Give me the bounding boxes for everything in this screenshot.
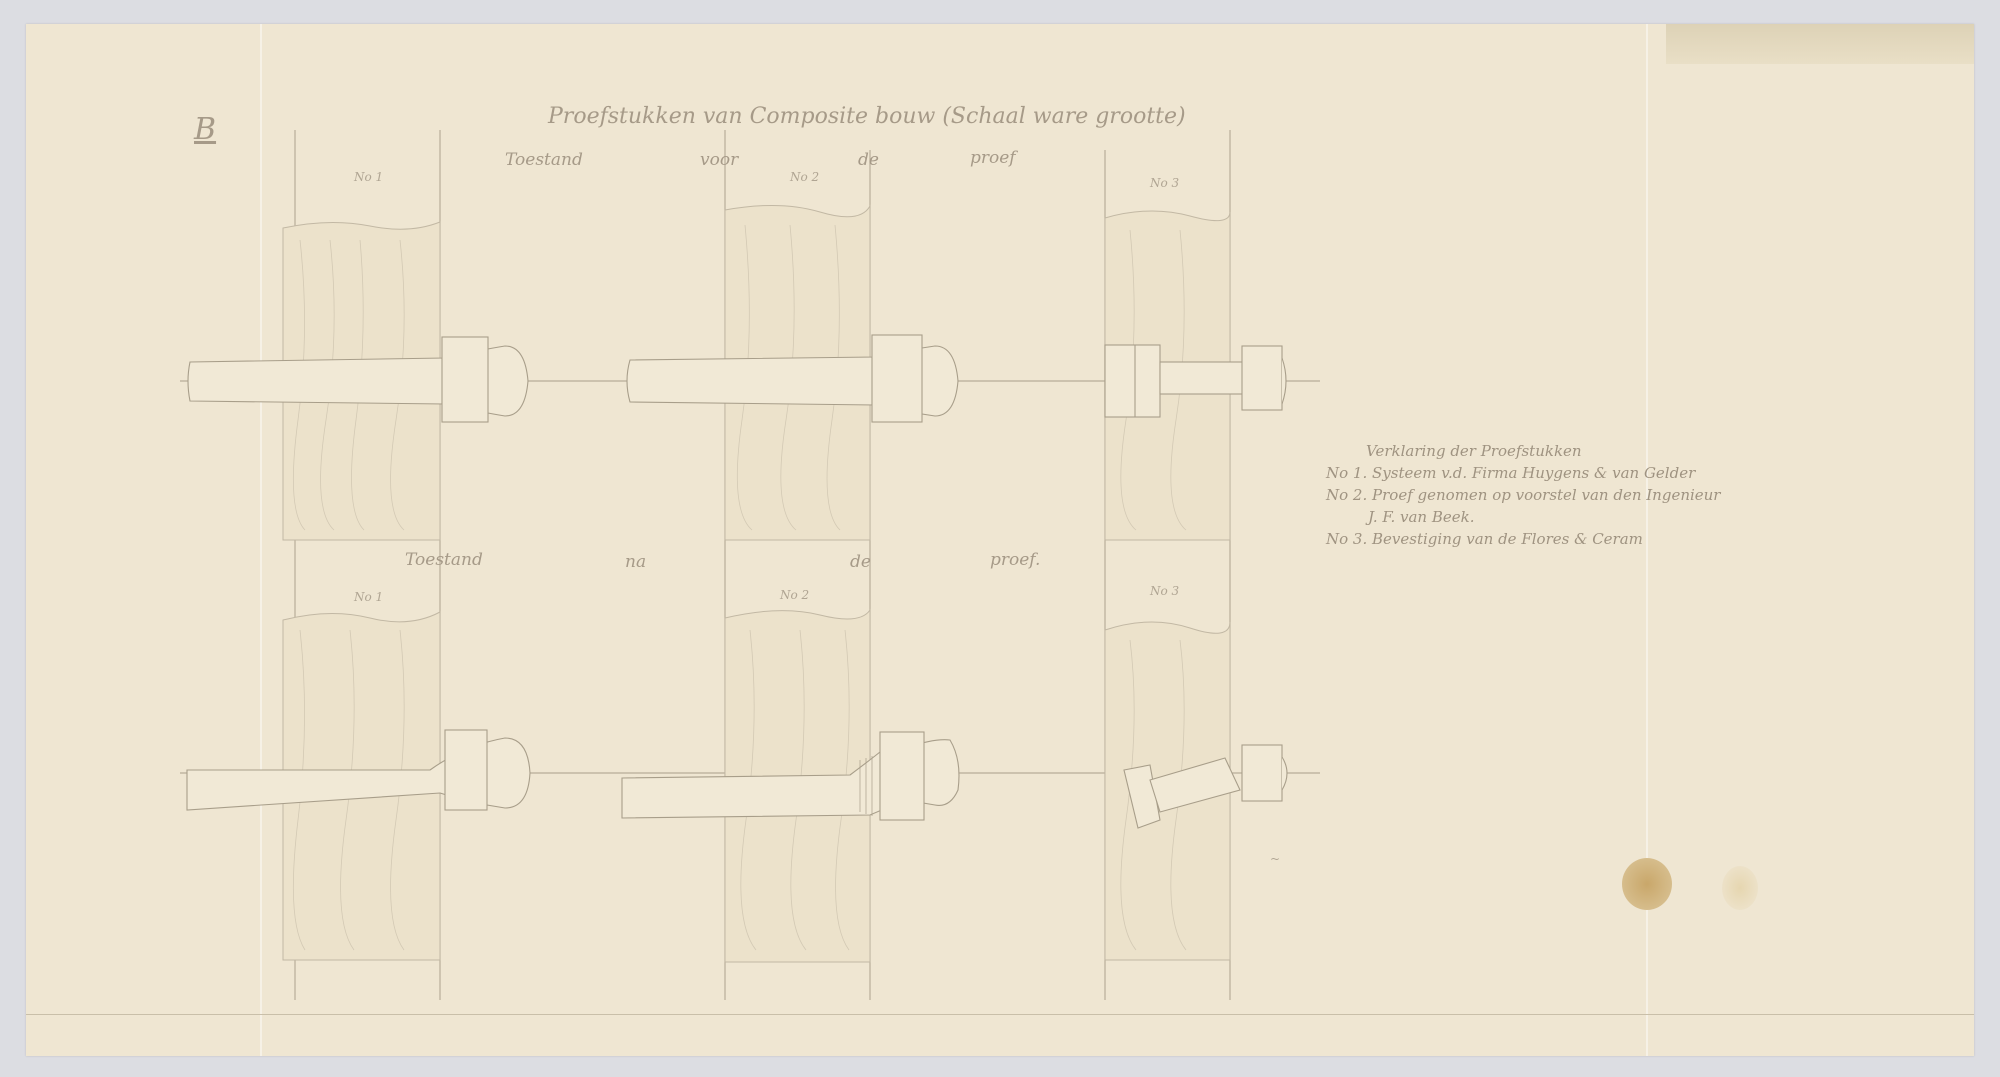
small-note: ~ — [1270, 852, 1280, 866]
caption-word: Toestand — [505, 150, 583, 170]
stain — [1622, 858, 1672, 910]
caption-word: de — [850, 552, 871, 572]
caption-word: de — [858, 150, 879, 170]
legend-text: Proef genomen op voorstel van den Ingeni… — [1372, 486, 1720, 504]
sheet-letter: B — [194, 112, 216, 147]
legend: Verklaring der Proefstukken No 1. Systee… — [1326, 440, 1720, 550]
specimen-label: No 1 — [354, 170, 383, 184]
legend-item: J. F. van Beek. — [1326, 506, 1720, 528]
legend-item: No 2. Proef genomen op voorstel van den … — [1326, 484, 1720, 506]
legend-text: Bevestiging van de Flores & Ceram — [1372, 530, 1643, 548]
caption-word: proef. — [990, 550, 1040, 570]
legend-item: No 3. Bevestiging van de Flores & Ceram — [1326, 528, 1720, 550]
caption-word: voor — [700, 150, 738, 170]
stain — [1722, 866, 1758, 910]
specimen-label: No 3 — [1150, 584, 1179, 598]
specimen-label: No 1 — [354, 590, 383, 604]
legend-num: No 3. — [1326, 530, 1367, 548]
legend-num: No 2. — [1326, 486, 1367, 504]
drawing-title: Proefstukken van Composite bouw (Schaal … — [548, 104, 1186, 129]
legend-text: Systeem v.d. Firma Huygens & van Gelder — [1372, 464, 1695, 482]
caption-word: na — [625, 552, 646, 572]
legend-text: J. F. van Beek. — [1368, 508, 1474, 526]
specimen-label: No 2 — [780, 588, 809, 602]
caption-word: proef — [970, 148, 1016, 168]
specimen-label: No 3 — [1150, 176, 1179, 190]
specimen-label: No 2 — [790, 170, 819, 184]
caption-word: Toestand — [405, 550, 483, 570]
legend-heading: Verklaring der Proefstukken — [1326, 440, 1720, 462]
legend-num: No 1. — [1326, 464, 1367, 482]
legend-item: No 1. Systeem v.d. Firma Huygens & van G… — [1326, 462, 1720, 484]
